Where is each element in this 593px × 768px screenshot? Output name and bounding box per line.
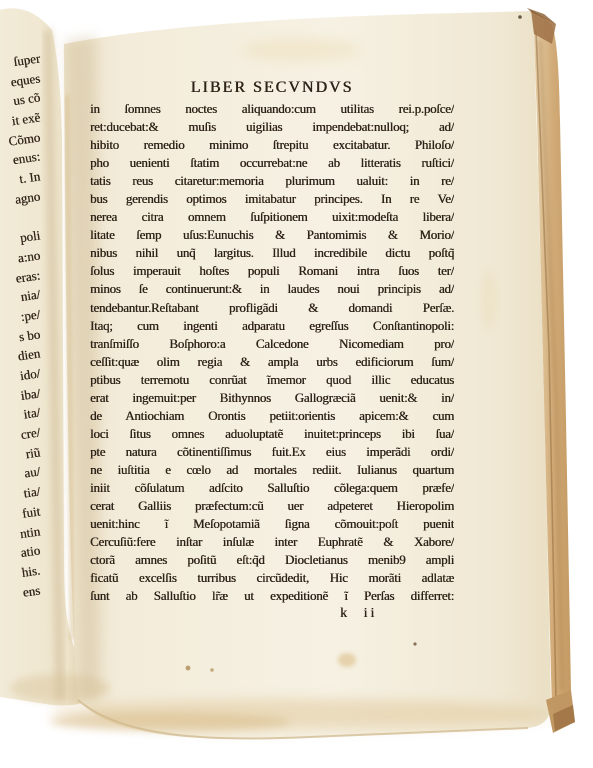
stain-margin-faint <box>481 270 497 330</box>
text-line: in ſomnes noctes aliquando:cum utilitas … <box>90 100 454 118</box>
text-line: ctorã amnes poſitũ eſt:q̃d Diocletianus … <box>90 551 454 569</box>
text-line: ret:ducebat:& muſis uigilias impendebat:… <box>90 118 454 136</box>
stain-speck-top <box>518 15 522 19</box>
running-title: LIBER SECVNDVS <box>90 79 454 97</box>
text-line: tendebantur.Reſtabant profligãdi & doman… <box>90 299 454 317</box>
text-line: minos ſe continuerunt:& in laudes noui p… <box>90 280 454 298</box>
text-line: hibito remedio minimo ſtrepitu excitabat… <box>90 136 454 154</box>
text-line: erat ingemuit:per Bithynnos Gallogræciã … <box>90 389 454 407</box>
text-line: bus gerendis optimos imitabatur principe… <box>90 190 454 208</box>
text-line: Cercuſiũ:fere inſtar inſulæ inter Euphra… <box>90 533 454 551</box>
text-line: tranſmiſſo Boſphoro:a Calcedone Nicomedi… <box>90 335 454 353</box>
verso-fragments-column: ſuperequesus cõit exẽCõmoenus:t. Inagnop… <box>0 48 43 599</box>
verso-curl-shadow <box>10 674 110 702</box>
text-line: ſolus imperauit hoſtes populi Romani int… <box>90 262 454 280</box>
stain-speck-3 <box>413 642 416 645</box>
text-line: iniit cõſulatum adſcito Salluſtio cõlega… <box>90 479 454 497</box>
text-line: Itaq; cum ingenti adparatu egreſſus Conſ… <box>90 317 454 335</box>
text-line: ceſſit:quæ olim regia & ampla urbs edifi… <box>90 353 454 371</box>
text-line: nerea citra omnem ſuſpitionem uixit:mode… <box>90 208 454 226</box>
text-line: nibus nihil unq̃ largitus. Illud incredi… <box>90 244 454 262</box>
text-line: ficatũ excelſis turribus circũdedit, Hic… <box>90 569 454 587</box>
text-block: in ſomnes noctes aliquando:cum utilitas … <box>90 100 454 605</box>
quire-signature: k ii <box>340 606 450 622</box>
bottom-stain-left <box>50 713 290 731</box>
text-line: loci ſitus omnes aduoluptatẽ inuitet:pri… <box>90 425 454 443</box>
book-photo: ſuperequesus cõit exẽCõmoenus:t. Inagnop… <box>0 0 593 768</box>
text-line: pte natura cõtinentiſſimus fuit.Ex eius … <box>90 443 454 461</box>
text-line: litate ſemp uſus:Eunuchis & Pantomimis &… <box>90 226 454 244</box>
stain-spot-large <box>338 653 356 667</box>
stain-speck-2 <box>210 668 214 672</box>
text-line: ptibus terremotu conrũat ĩmemor quod ill… <box>90 371 454 389</box>
text-line: pho uenienti ſtatim occurrebat:ne ab lit… <box>90 154 454 172</box>
stain-top-faint <box>240 38 360 62</box>
text-line: uenit:hinc ĩ Meſopotamiã ſigna cõmouit:p… <box>90 515 454 533</box>
text-line: de Antiochiam Orontis petiit:orientis ap… <box>90 407 454 425</box>
stain-speck-1 <box>186 666 191 671</box>
text-line: ſunt ab Salluſtio lr̃æ ut expeditionẽ ĩ … <box>90 587 454 605</box>
text-line: tatis reus citaretur:memoria plurimum ua… <box>90 172 454 190</box>
text-line: ne iuſtitia e cœlo ad mortales rediit. I… <box>90 461 454 479</box>
text-line: cerat Galliis præfectum:cũ uer adpeteret… <box>90 497 454 515</box>
